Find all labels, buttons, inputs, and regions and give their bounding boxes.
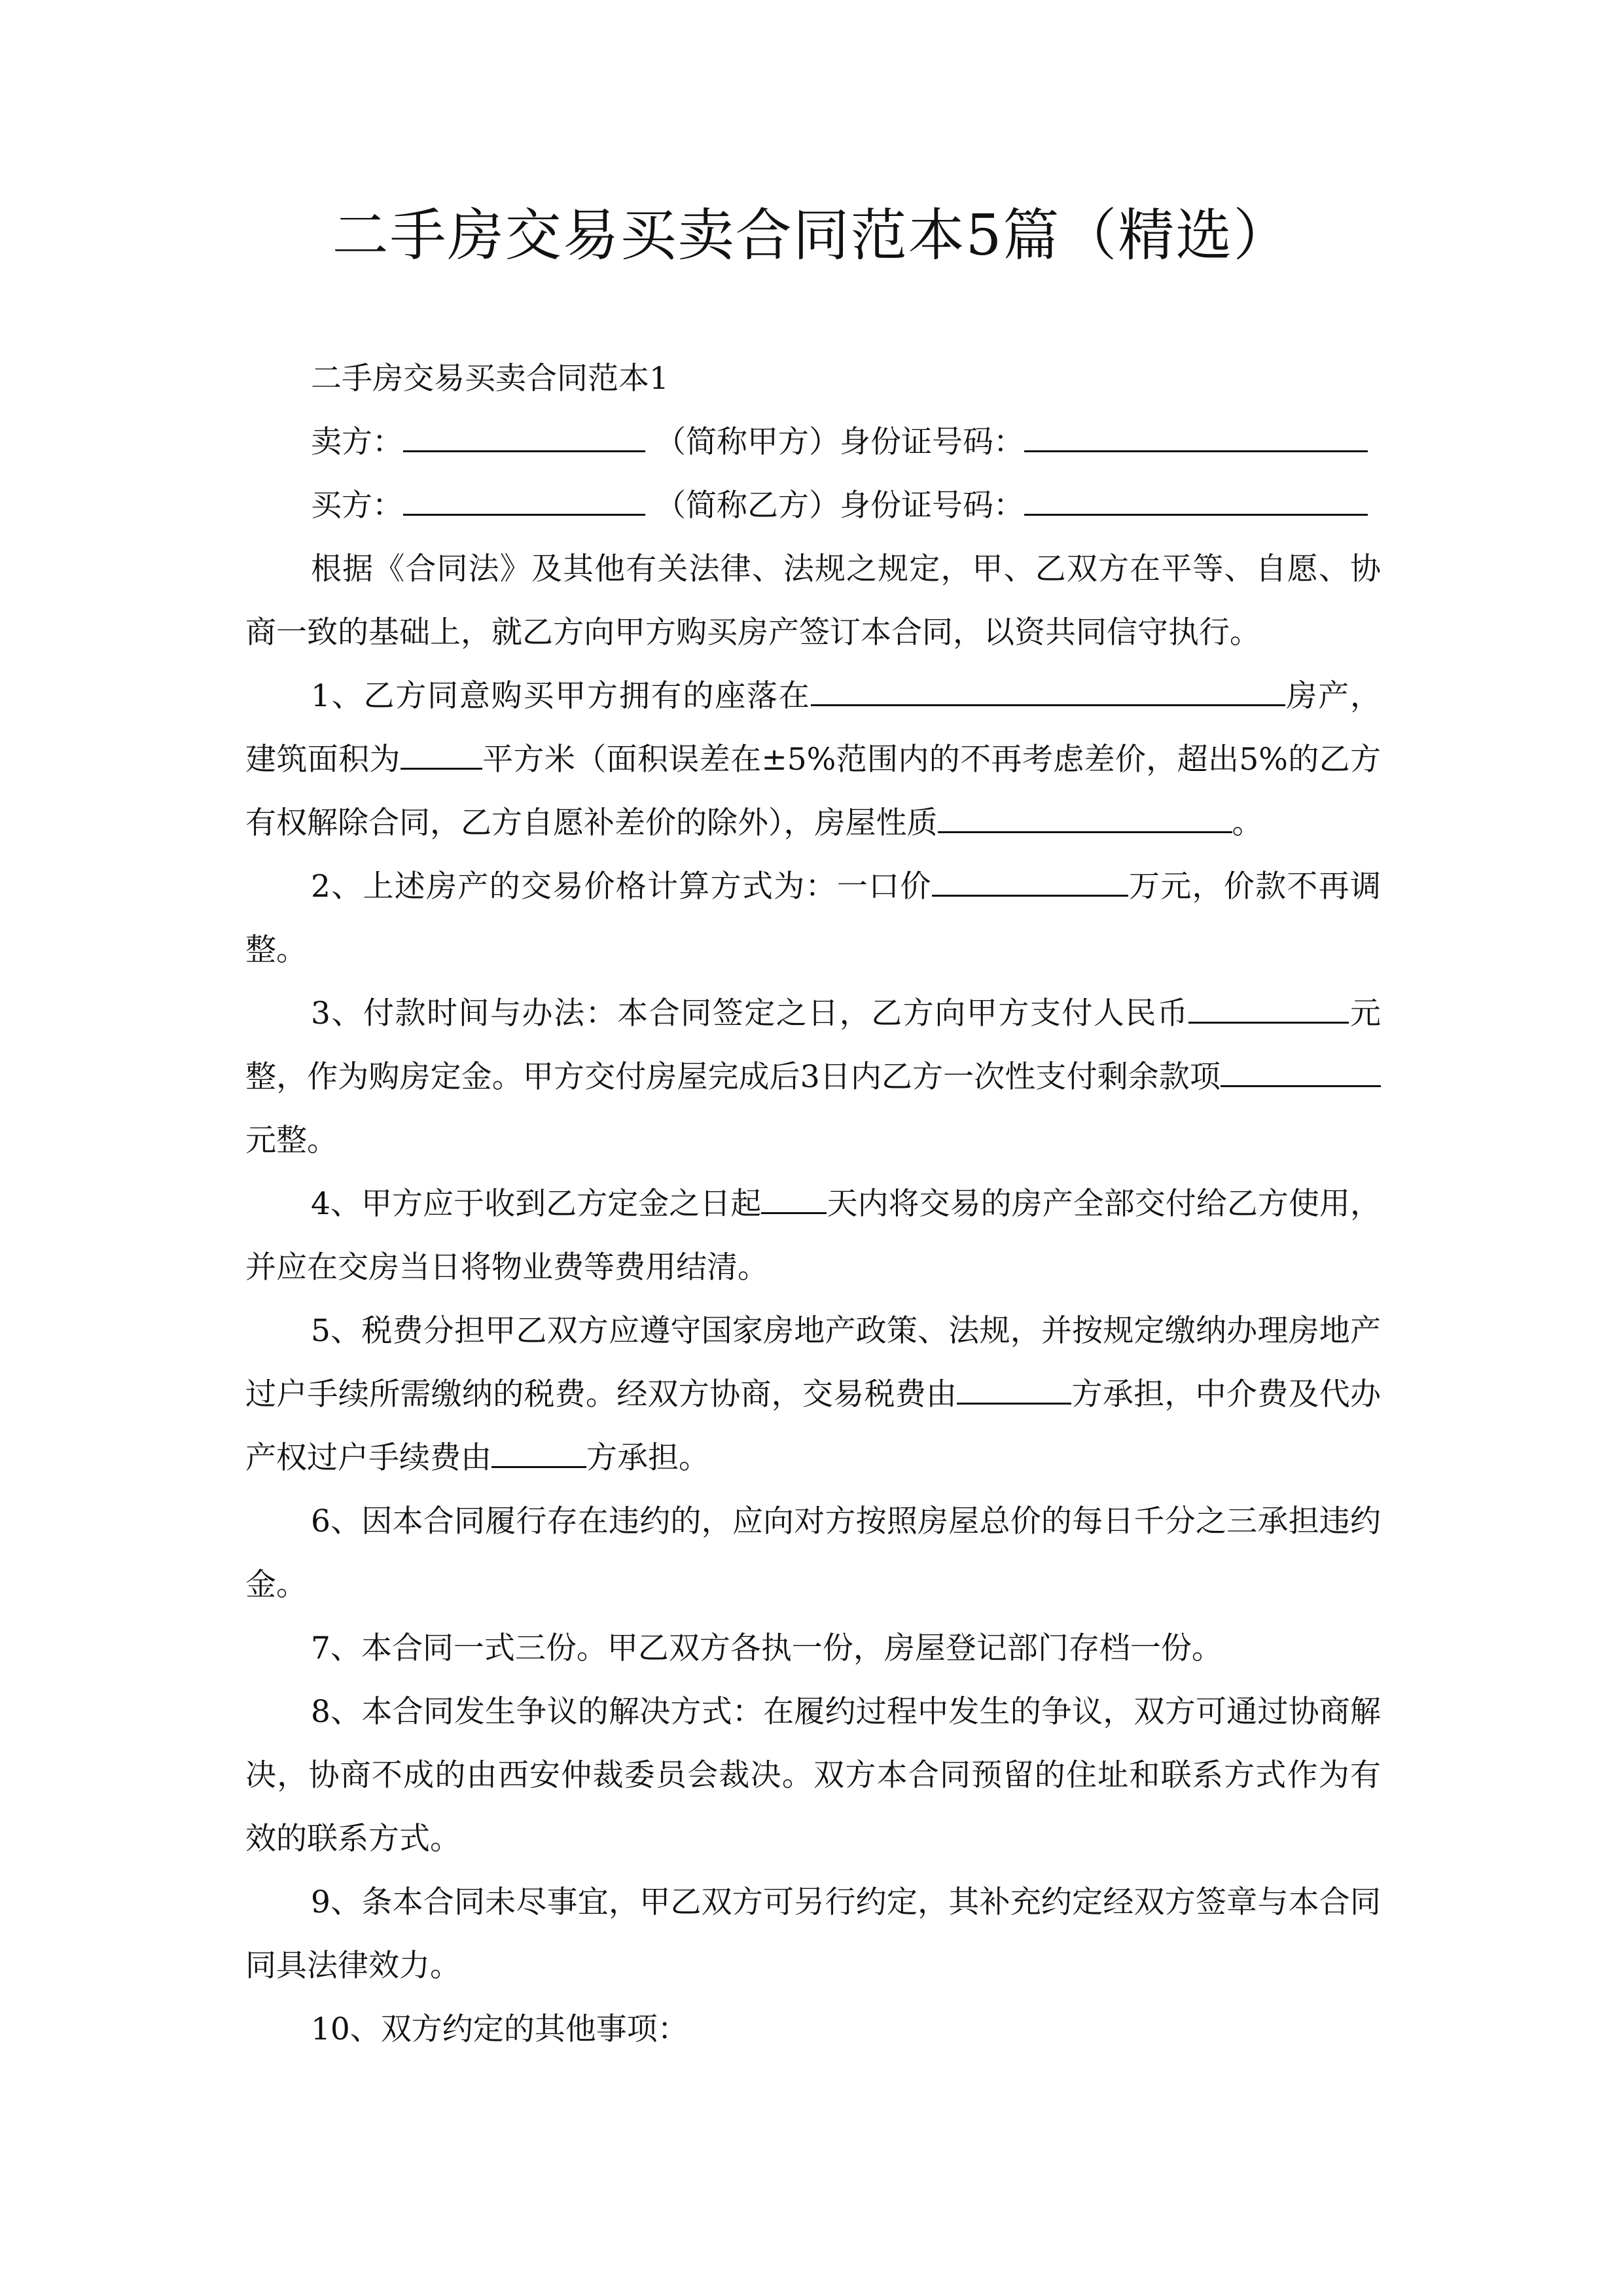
price-blank[interactable]: [932, 869, 1128, 897]
document-title: 二手房交易买卖合同范本5篇（精选）: [0, 196, 1623, 275]
agency-fee-bearer-blank[interactable]: [491, 1440, 586, 1468]
clause-6: 6、因本合同履行存在违约的，应向对方按照房屋总价的每日千分之三承担违约金。: [245, 1490, 1381, 1617]
handover-days-blank[interactable]: [761, 1186, 827, 1214]
clause-8: 8、本合同发生争议的解决方式：在履约过程中发生的争议，双方可通过协商解决，协商不…: [245, 1680, 1381, 1871]
buyer-label: 买方：: [311, 488, 403, 524]
buyer-alias-label: （简称乙方）身份证号码：: [655, 488, 1024, 524]
buyer-line: 买方： （简称乙方）身份证号码：: [245, 474, 1381, 537]
clause-4-text-a: 4、甲方应于收到乙方定金之日起: [311, 1186, 761, 1222]
clause-3: 3、付款时间与办法：本合同签定之日，乙方向甲方支付人民币元整，作为购房定金。甲方…: [245, 982, 1381, 1172]
seller-name-blank[interactable]: [403, 424, 645, 452]
clause-1: 1、乙方同意购买甲方拥有的座落在房产，建筑面积为平方米（面积误差在±5%范围内的…: [245, 664, 1381, 855]
clause-2: 2、上述房产的交易价格计算方式为：一口价万元，价款不再调整。: [245, 855, 1381, 982]
clause-9: 9、条本合同未尽事宜，甲乙双方可另行约定，其补充约定经双方签章与本合同同具法律效…: [245, 1871, 1381, 1998]
contract-body: 二手房交易买卖合同范本1 卖方： （简称甲方）身份证号码： 买方： （简称乙方）…: [245, 347, 1381, 2061]
seller-label: 卖方：: [311, 424, 403, 460]
tax-bearer-blank[interactable]: [957, 1376, 1071, 1405]
clause-5: 5、税费分担甲乙双方应遵守国家房地产政策、法规，并按规定缴纳办理房地产过户手续所…: [245, 1299, 1381, 1490]
clause-10: 10、双方约定的其他事项：: [245, 1998, 1381, 2061]
seller-line: 卖方： （简称甲方）身份证号码：: [245, 410, 1381, 474]
clause-5-text-c: 方承担。: [586, 1440, 709, 1476]
floor-area-blank[interactable]: [401, 742, 482, 770]
preamble-paragraph: 根据《合同法》及其他有关法律、法规之规定，甲、乙双方在平等、自愿、协商一致的基础…: [245, 537, 1381, 664]
buyer-id-blank[interactable]: [1024, 488, 1368, 516]
buyer-name-blank[interactable]: [403, 488, 645, 516]
clause-4: 4、甲方应于收到乙方定金之日起天内将交易的房产全部交付给乙方使用，并应在交房当日…: [245, 1172, 1381, 1299]
clause-3-text-c: 元整。: [245, 1122, 338, 1158]
clause-2-text-a: 2、上述房产的交易价格计算方式为：一口价: [311, 869, 932, 905]
clause-1-text-a: 1、乙方同意购买甲方拥有的座落在: [311, 678, 811, 714]
clause-3-text-a: 3、付款时间与办法：本合同签定之日，乙方向甲方支付人民币: [311, 996, 1188, 1031]
property-location-blank[interactable]: [811, 678, 1285, 706]
clause-7: 7、本合同一式三份。甲乙双方各执一份，房屋登记部门存档一份。: [245, 1617, 1381, 1680]
deposit-amount-blank[interactable]: [1188, 996, 1349, 1024]
seller-alias-label: （简称甲方）身份证号码：: [655, 424, 1024, 460]
property-nature-blank[interactable]: [938, 805, 1232, 833]
seller-id-blank[interactable]: [1024, 424, 1368, 452]
remaining-amount-blank[interactable]: [1221, 1059, 1381, 1087]
contract-subtitle: 二手房交易买卖合同范本1: [245, 347, 1381, 410]
clause-1-text-d: 。: [1232, 805, 1263, 841]
